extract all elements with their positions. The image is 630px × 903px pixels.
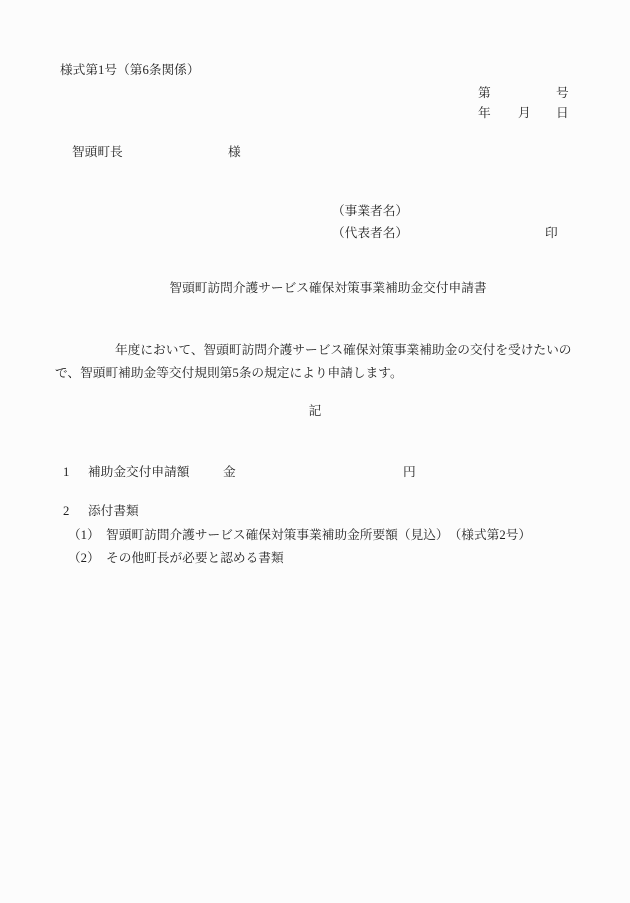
item2-sub-item-2: （2） その他町長が必要と認める書類	[68, 551, 284, 566]
applicant-business-label: （事業者名）	[332, 204, 408, 219]
addressee-title: 智頭町長	[72, 145, 123, 160]
document-title: 智頭町訪問介護サービス確保対策事業補助金交付申請書	[0, 281, 630, 296]
doc-number-prefix: 第	[478, 86, 491, 101]
item1-label: 補助金交付申請額	[88, 465, 190, 480]
record-marker: 記	[0, 404, 630, 419]
item2-label: 添付書類	[88, 504, 139, 519]
date-day-label: 日	[556, 106, 569, 121]
applicant-representative-label: （代表者名）	[332, 226, 408, 241]
seal-mark: 印	[545, 226, 558, 241]
addressee-honorific: 様	[228, 145, 241, 160]
date-year-label: 年	[478, 106, 491, 121]
item1-currency-suffix: 円	[403, 465, 416, 480]
item2-number: 2	[63, 504, 69, 519]
item1-currency-prefix: 金	[223, 465, 236, 480]
body-paragraph-line2: で、智頭町補助金等交付規則第5条の規定により申請します。	[55, 366, 403, 381]
item1-number: 1	[63, 465, 69, 480]
date-month-label: 月	[518, 106, 531, 121]
subsidy-application-form-page: 様式第1号（第6条関係） 第 号 年 月 日 智頭町長 様 （事業者名） （代表…	[0, 0, 630, 903]
doc-number-suffix: 号	[556, 86, 569, 101]
body-paragraph-line1: 年度において、智頭町訪問介護サービス確保対策事業補助金の交付を受けたいの	[115, 343, 572, 358]
item2-sub-item-1: （1） 智頭町訪問介護サービス確保対策事業補助金所要額（見込） （様式第2号）	[68, 528, 531, 543]
form-number-label: 様式第1号（第6条関係）	[60, 63, 200, 78]
